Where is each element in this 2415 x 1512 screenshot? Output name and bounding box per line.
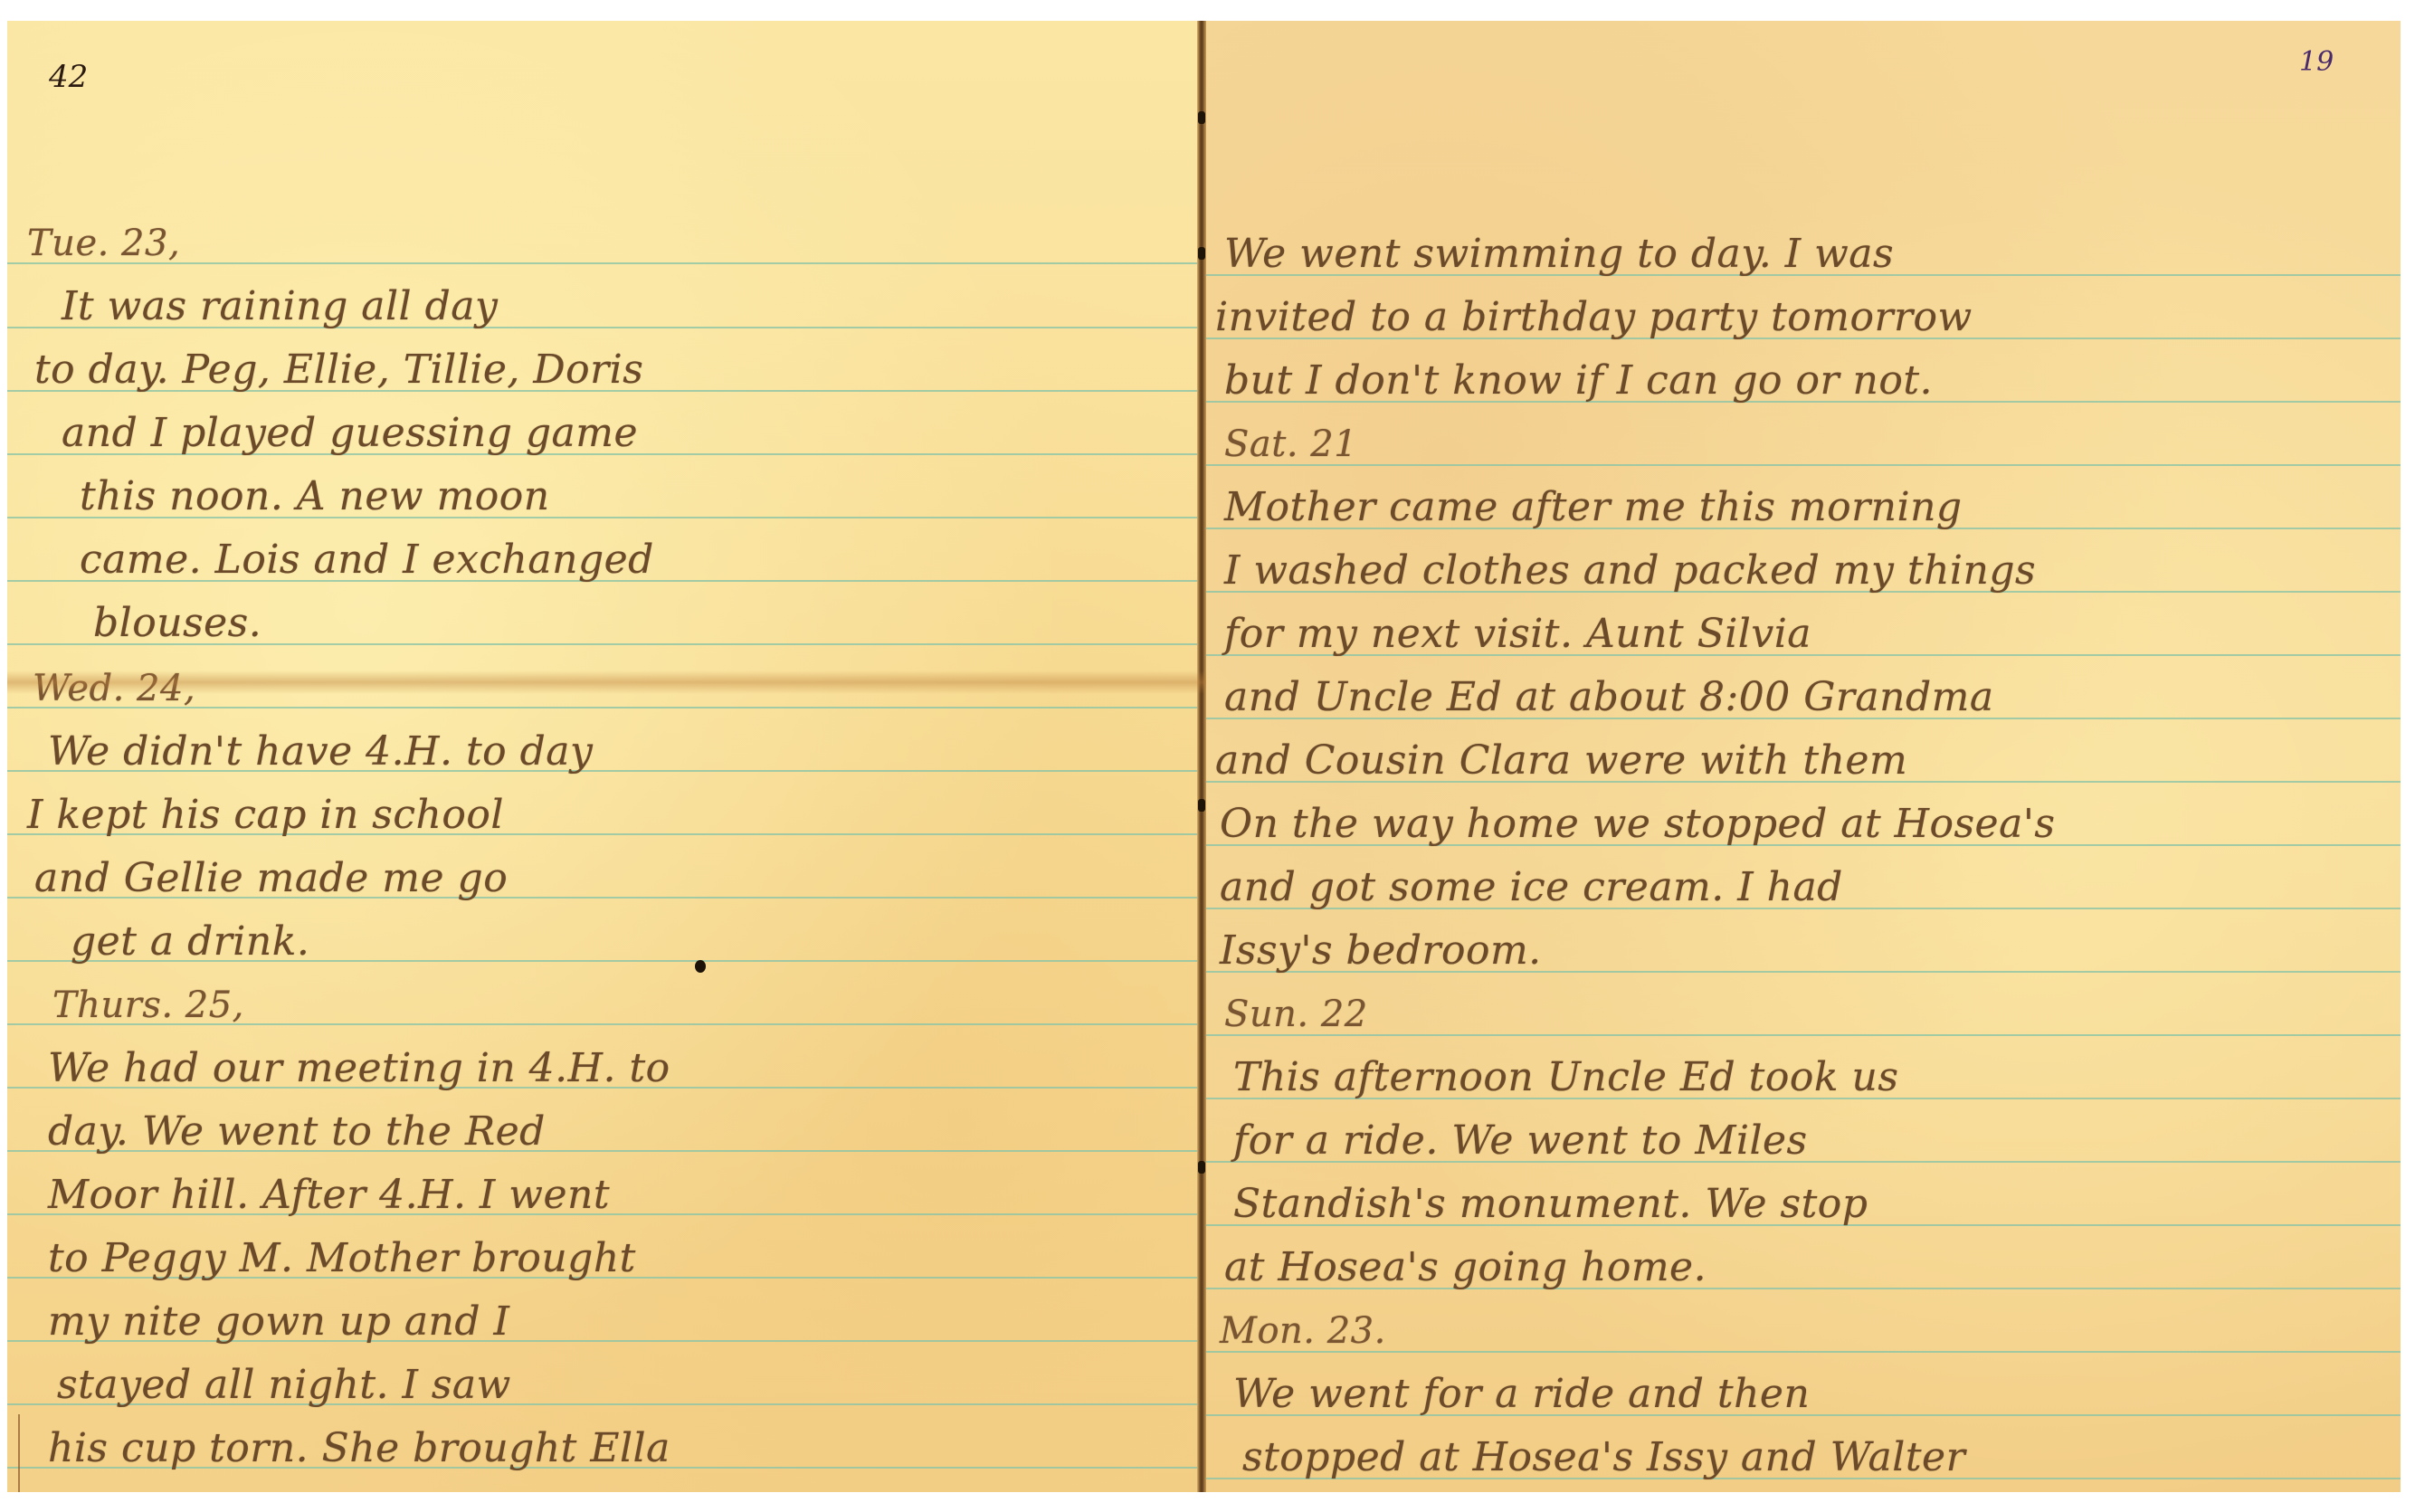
diary-line: to day. Peg, Ellie, Tillie, Doris xyxy=(34,347,643,394)
diary-line: blouses. xyxy=(93,600,261,647)
diary-line: We went for a ride and then xyxy=(1233,1371,1810,1418)
ruled-line xyxy=(1206,464,2401,466)
diary-line: Issy's bedroom. xyxy=(1220,927,1542,975)
right-page: 19 We went swimming to day. I was invite… xyxy=(1206,21,2401,1492)
diary-line: to Peggy M. Mother brought xyxy=(48,1235,636,1282)
diary-line: stopped at Hosea's Issy and Walter xyxy=(1242,1434,1965,1481)
diary-line: came. Lois and I exchanged xyxy=(80,537,654,584)
diary-line: at Hosea's going home. xyxy=(1224,1244,1707,1291)
diary-line: and Cousin Clara were with them xyxy=(1215,737,1907,785)
entry-date: Tue. 23, xyxy=(27,220,180,267)
diary-line: We went swimming to day. I was xyxy=(1224,231,1894,278)
diary-line: and I played guessing game xyxy=(62,410,638,457)
diary-line: and Uncle Ed at about 8:00 Grandma xyxy=(1224,674,1994,721)
ink-blot xyxy=(695,960,706,973)
diary-line: his cup torn. She brought Ella xyxy=(48,1425,670,1472)
ruled-line xyxy=(1206,1034,2401,1036)
diary-line: Standish's monument. We stop xyxy=(1233,1181,1868,1228)
entry-date: Sat. 21 xyxy=(1224,421,1357,468)
book-gutter xyxy=(1197,21,1206,1492)
diary-line: stayed all night. I saw xyxy=(57,1362,511,1409)
diary-line: I kept his cap in school xyxy=(27,792,504,839)
diary-line: day. We went to the Red xyxy=(48,1108,546,1155)
binding-stitch xyxy=(1198,111,1205,124)
diary-line: I washed clothes and packed my things xyxy=(1224,547,2036,594)
diary-line: for a ride. We went to Miles xyxy=(1233,1117,1808,1165)
diary-line: This afternoon Uncle Ed took us xyxy=(1233,1054,1898,1101)
diary-spread: 42 Tue. 23, It was raining all day to da… xyxy=(7,21,2401,1492)
left-page: 42 Tue. 23, It was raining all day to da… xyxy=(7,21,1197,1492)
diary-line: get a drink. xyxy=(71,918,309,965)
binding-stitch xyxy=(1198,799,1205,812)
diary-line: We didn't have 4.H. to day xyxy=(48,728,593,775)
page-number: 42 xyxy=(49,59,88,95)
diary-line: invited to a birthday party tomorrow xyxy=(1215,294,1973,341)
binding-stitch xyxy=(1198,247,1205,260)
diary-line: It was raining all day xyxy=(62,283,498,330)
binding-stitch xyxy=(1198,1161,1205,1174)
ruled-line xyxy=(7,262,1197,264)
diary-line: for my next visit. Aunt Silvia xyxy=(1224,611,1811,658)
diary-line: Mother came after me this morning xyxy=(1224,484,1963,531)
entry-date: Thurs. 25, xyxy=(52,982,244,1029)
margin-line xyxy=(18,1414,20,1492)
diary-line: and Gellie made me go xyxy=(34,855,508,902)
diary-line: but I don't know if I can go or not. xyxy=(1224,357,1933,404)
entry-date: Mon. 23. xyxy=(1220,1308,1386,1355)
diary-line: On the way home we stopped at Hosea's xyxy=(1220,801,2056,848)
diary-line: this noon. A new moon xyxy=(80,473,550,520)
diary-line: and got some ice cream. I had xyxy=(1220,864,1843,911)
diary-line: Moor hill. After 4.H. I went xyxy=(48,1172,610,1219)
diary-line: my nite gown up and I xyxy=(48,1298,509,1346)
diary-line: We had our meeting in 4.H. to xyxy=(48,1045,670,1092)
page-number: 19 xyxy=(2299,46,2334,78)
entry-date: Sun. 22 xyxy=(1224,991,1368,1038)
